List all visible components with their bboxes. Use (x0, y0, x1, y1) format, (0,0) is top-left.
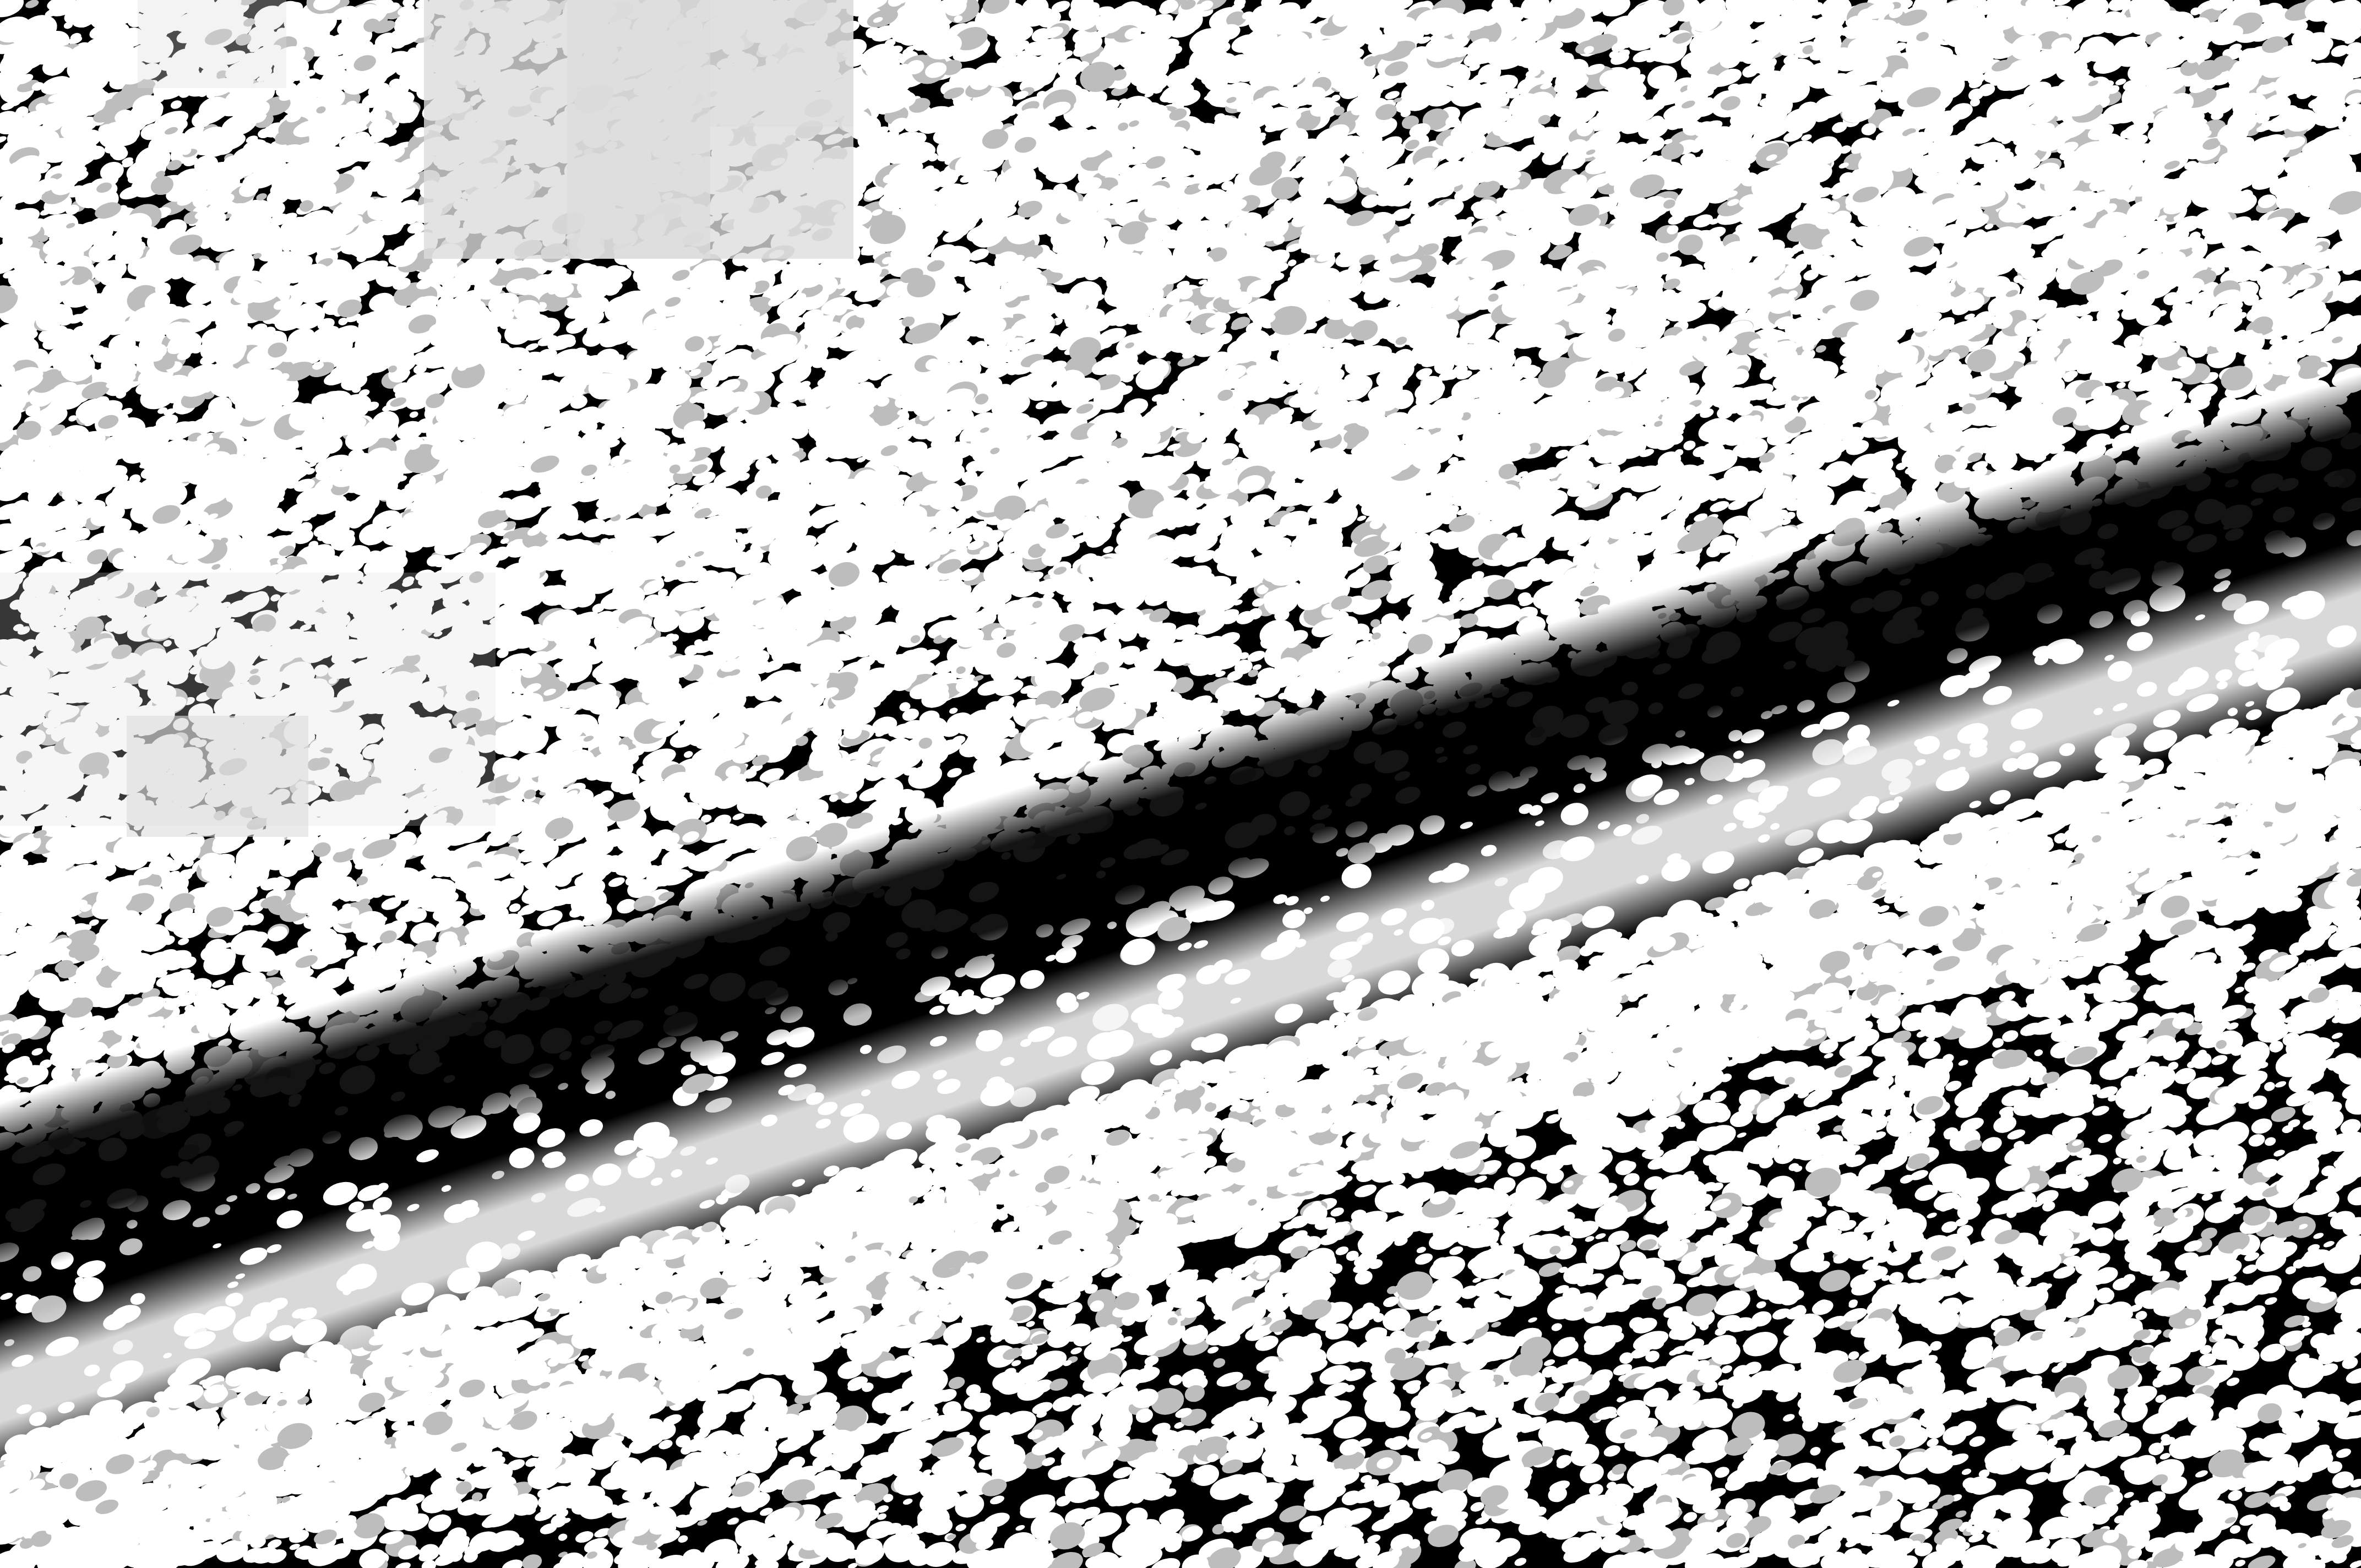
abstract-monochrome-photo (0, 0, 2361, 1568)
